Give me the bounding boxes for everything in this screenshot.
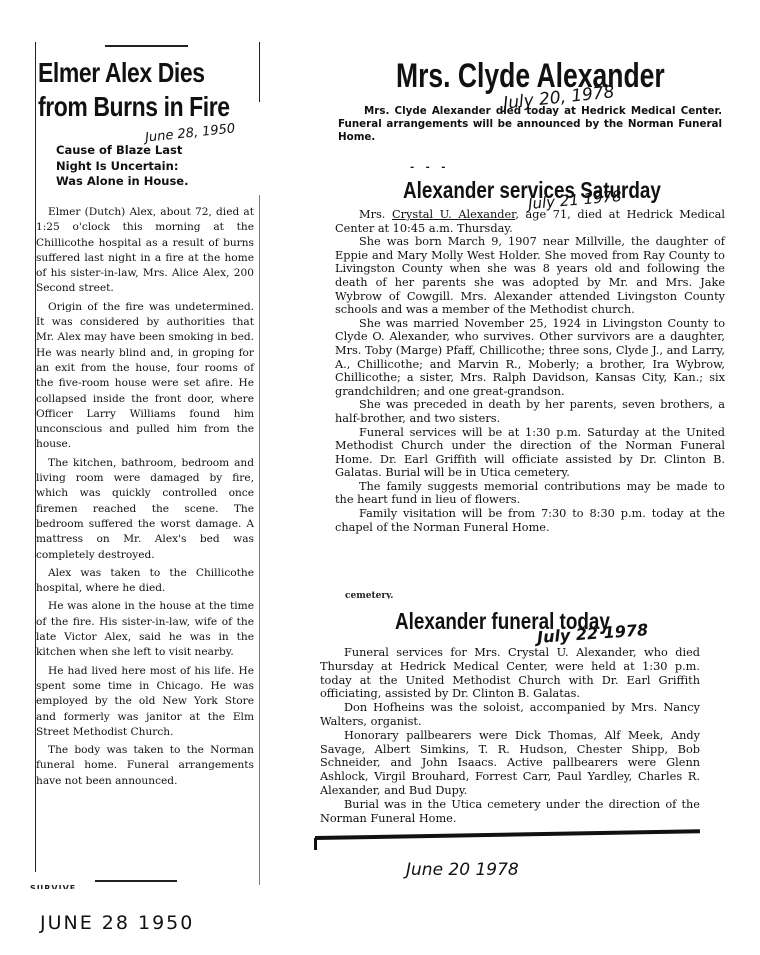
bottom-rule-left [95,880,177,882]
paragraph: She was married November 25, 1924 in Liv… [335,317,725,399]
lead-paragraph: Mrs. Crystal U. Alexander, age 71, died … [335,208,725,235]
clipping-border-right-top [259,42,260,102]
bottom-rule-tick [314,838,317,850]
paragraph: Origin of the fire was undetermined. It … [36,300,254,453]
paragraph: Mrs. Clyde Alexander died today at Hedri… [338,105,722,144]
handwritten-note-1950: JUNE 28 1950 [40,912,194,934]
subhead-line: Was Alone in House. [56,174,256,190]
headline-elmer-alex: Elmer Alex Dies from Burns in Fire [38,56,223,124]
separator-dashes: - - - [410,162,449,173]
paragraph: He was alone in the house at the time of… [36,599,254,660]
paragraph: The body was taken to the Norman funeral… [36,743,254,789]
headline-line: from Burns in Fire [38,90,223,124]
headline-mrs-clyde-alexander: Mrs. Clyde Alexander [396,57,665,95]
paragraph: Funeral services for Mrs. Crystal U. Ale… [320,646,700,701]
subhead-line: Night Is Uncertain: [56,159,256,175]
paragraph: Burial was in the Utica cemetery under t… [320,798,700,826]
paragraph: The kitchen, bathroom, bedroom and livin… [36,456,254,563]
headline-line: Elmer Alex Dies [38,56,223,90]
paragraph: Elmer (Dutch) Alex, about 72, died at 1:… [36,205,254,297]
article-body-elmer-alex: Elmer (Dutch) Alex, about 72, died at 1:… [36,205,254,792]
cut-off-text: cemetery. [345,591,393,599]
bottom-rule-right [315,829,700,840]
paragraph: Funeral services will be at 1:30 p.m. Sa… [335,426,725,480]
underlined-name: Crystal U. Alexander [392,208,515,221]
paragraph: Alex was taken to the Chillicothe hospit… [36,566,254,597]
handwritten-note-1978: June 20 1978 [406,860,519,880]
top-rule [105,45,188,47]
article-body-mrs-clyde-alexander: Mrs. Clyde Alexander died today at Hedri… [338,105,722,144]
clipping-border-right [259,195,260,885]
paragraph: She was preceded in death by her parents… [335,398,725,425]
article-body-services-saturday: Mrs. Crystal U. Alexander, age 71, died … [335,208,725,534]
paragraph: Honorary pallbearers were Dick Thomas, A… [320,729,700,798]
subhead-line: Cause of Blaze Last [56,143,256,159]
paragraph: The family suggests memorial contributio… [335,480,725,507]
cut-off-text: SURVIVE [30,884,76,889]
paragraph: Don Hofheins was the soloist, accompanie… [320,701,700,729]
subhead-elmer-alex: Cause of Blaze Last Night Is Uncertain: … [56,143,256,190]
paragraph: He had lived here most of his life. He s… [36,664,254,740]
article-body-funeral-today: Funeral services for Mrs. Crystal U. Ale… [320,646,700,825]
paragraph: She was born March 9, 1907 near Millvill… [335,235,725,317]
lead-prefix: Mrs. [359,208,392,221]
paragraph: Family visitation will be from 7:30 to 8… [335,507,725,534]
